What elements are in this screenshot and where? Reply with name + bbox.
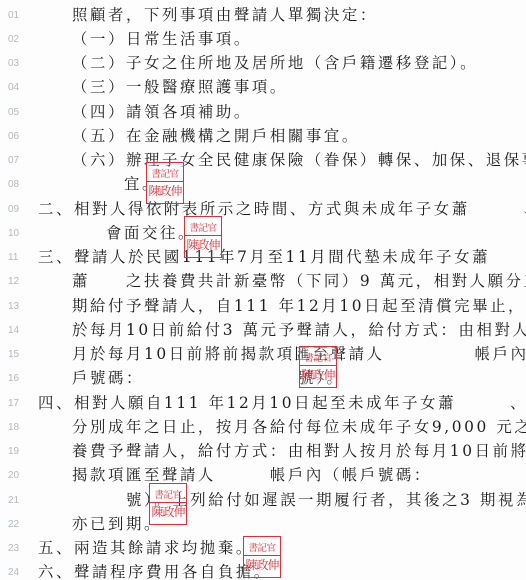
line-number: 16 bbox=[8, 372, 28, 386]
clerk-seal-stamp: 書記官 陳政伸 bbox=[149, 483, 187, 525]
text-line: （四）請領各項補助。 bbox=[72, 103, 252, 121]
text-line: 養費予聲請人，給付方式：由相對人按月於每月10日前將前 bbox=[72, 442, 526, 460]
line-number: 20 bbox=[8, 469, 28, 483]
text-line: 六、聲請程序費用各自負擔。 bbox=[38, 563, 272, 580]
line-number: 22 bbox=[8, 518, 28, 532]
line-number: 15 bbox=[8, 348, 28, 362]
stamp-title: 書記官 bbox=[300, 353, 336, 367]
stamp-name: 陳政伸 bbox=[186, 236, 219, 251]
line-number: 23 bbox=[8, 542, 28, 556]
line-number: 18 bbox=[8, 421, 28, 435]
line-number: 07 bbox=[8, 154, 28, 168]
line-number: 02 bbox=[8, 33, 28, 47]
line-number: 01 bbox=[8, 9, 28, 23]
line-number: 03 bbox=[8, 57, 28, 71]
line-number: 04 bbox=[8, 81, 28, 95]
text-line: 三、聲請人於民國111年7月至11月間代墊未成年子女蕭 、 bbox=[38, 248, 526, 266]
stamp-title: 書記官 bbox=[147, 169, 183, 183]
text-line: （二）子女之住所地及居所地（含戶籍遷移登記）。 bbox=[72, 54, 478, 72]
line-number: 13 bbox=[8, 300, 28, 314]
text-line: 分別成年之日止，按月各給付每位未成年子女9,000 元之扶 bbox=[72, 418, 526, 436]
text-line: 期給付予聲請人，自111 年12月10日起至清償完畢止，按月 bbox=[72, 297, 526, 315]
stamp-title: 書記官 bbox=[185, 223, 221, 237]
text-line: （五）在金融機構之開戶相關事宜。 bbox=[72, 127, 360, 145]
line-number: 09 bbox=[8, 203, 28, 217]
stamp-name: 陳政伸 bbox=[245, 556, 278, 571]
line-number: 17 bbox=[8, 397, 28, 411]
text-line: 四、相對人願自111 年12月10日起至未成年子女蕭 、蕭 bbox=[38, 394, 526, 412]
line-number: 06 bbox=[8, 130, 28, 144]
text-line: 號）。上列給付如遲誤一期履行者，其後之3 期視為 bbox=[72, 491, 526, 509]
text-line: 會面交往。 bbox=[106, 224, 196, 242]
line-number: 14 bbox=[8, 324, 28, 338]
line-number: 21 bbox=[8, 494, 28, 508]
text-line: 揭款項匯至聲請人 帳戶內（帳戶號碼： bbox=[72, 466, 432, 484]
stamp-name: 陳政伸 bbox=[151, 503, 184, 518]
text-line: 蕭 之扶養費共計新臺幣（下同）9 萬元，相對人願分三 bbox=[72, 272, 526, 290]
text-line: （三）一般醫療照護事項。 bbox=[72, 78, 288, 96]
text-line: 於每月10日前給付3 萬元予聲請人，給付方式：由相對人按 bbox=[72, 321, 526, 339]
clerk-seal-stamp: 書記官 陳政伸 bbox=[146, 162, 184, 204]
clerk-seal-stamp: 書記官 陳政伸 bbox=[299, 346, 337, 388]
stamp-title: 書記官 bbox=[150, 490, 186, 504]
text-line: 照顧者，下列事項由聲請人單獨決定： bbox=[72, 6, 378, 24]
text-line: （六）辦理子女全民健康保險（眷保）轉保、加保、退保事 bbox=[72, 151, 526, 169]
line-number: 24 bbox=[8, 566, 28, 580]
text-line: （一）日常生活事項。 bbox=[72, 30, 252, 48]
line-number: 11 bbox=[8, 251, 28, 265]
stamp-name: 陳政伸 bbox=[301, 366, 334, 381]
court-document-page: 01 02 03 04 05 06 07 08 09 10 11 12 13 1… bbox=[0, 0, 526, 580]
line-number: 08 bbox=[8, 178, 28, 192]
stamp-name: 陳政伸 bbox=[148, 182, 181, 197]
clerk-seal-stamp: 書記官 陳政伸 bbox=[243, 536, 281, 578]
line-number: 10 bbox=[8, 227, 28, 241]
line-number: 05 bbox=[8, 106, 28, 120]
line-number: 12 bbox=[8, 275, 28, 289]
clerk-seal-stamp: 書記官 陳政伸 bbox=[184, 216, 222, 258]
text-line: 五、兩造其餘請求均拋棄。 bbox=[38, 539, 254, 557]
text-line: 二、相對人得依附表所示之時間、方式與未成年子女蕭 、蕭 bbox=[38, 200, 526, 218]
stamp-title: 書記官 bbox=[244, 543, 280, 557]
line-number: 19 bbox=[8, 445, 28, 459]
